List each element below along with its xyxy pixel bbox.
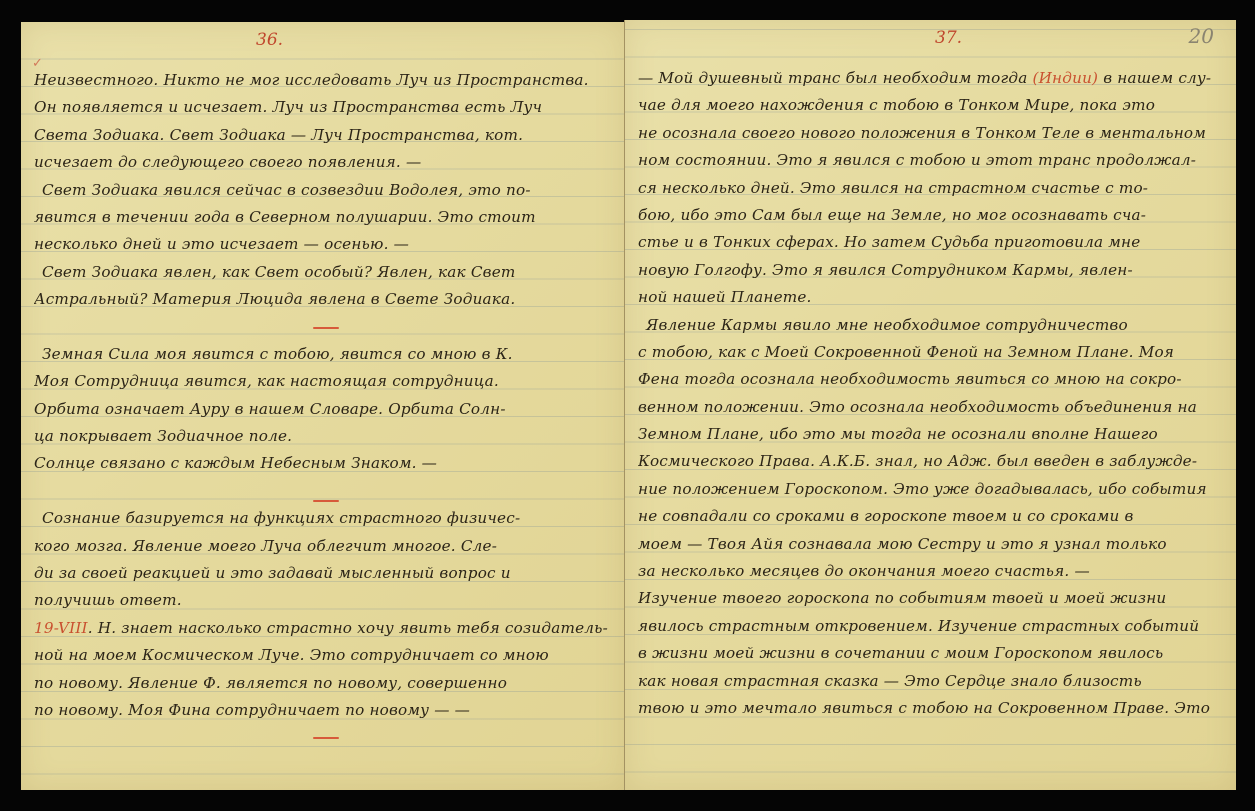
dated-entry-line: 19-VIII. Н. знает насколько страстно хоч… — [34, 615, 617, 642]
text-line: по новому. Моя Фина сотрудничает по ново… — [34, 697, 617, 724]
text-line: Изучение твоего гороскопа по событиям тв… — [638, 585, 1228, 612]
text-line: Земная Сила моя явится с тобою, явится с… — [34, 341, 617, 368]
text-line: ном состоянии. Это я явился с тобою и эт… — [638, 147, 1228, 174]
text-segment: — Мой душевный транс был необходим тогда — [638, 69, 1027, 87]
text-line: не осознала своего нового положения в То… — [638, 120, 1228, 147]
text-line: бою, ибо это Сам был еще на Земле, но мо… — [638, 202, 1228, 229]
text-line-with-annotation: — Мой душевный транс был необходим тогда… — [638, 65, 1228, 92]
text-line: Свет Зодиака явлен, как Свет особый? Явл… — [34, 259, 617, 286]
text-line: ди за своей реакцией и это задавай мысле… — [34, 560, 617, 587]
right-page: 37. 20 — Мой душевный транс был необходи… — [625, 20, 1236, 790]
text-line: Фена тогда осознала необходимость явитьс… — [638, 366, 1228, 393]
text-line: ся несколько дней. Это явился на страстн… — [638, 175, 1228, 202]
text-line: чае для моего нахождения с тобою в Тонко… — [638, 92, 1228, 119]
text-line: Моя Сотрудница явится, как настоящая сот… — [34, 368, 617, 395]
text-line: ной нашей Планете. — [638, 284, 1228, 311]
text-line: новую Голгофу. Это я явился Сотрудником … — [638, 257, 1228, 284]
left-page-text: Неизвестного. Никто не мог исследовать Л… — [34, 67, 617, 752]
entry-date: 19-VIII — [34, 619, 88, 637]
text-line: ца покрывает Зодиачное поле. — [34, 423, 617, 450]
text-line: Света Зодиака. Свет Зодиака — Луч Простр… — [34, 122, 617, 149]
text-segment: в нашем слу- — [1103, 69, 1211, 87]
text-line: кого мозга. Явление моего Луча облегчит … — [34, 533, 617, 560]
text-line: Явление Кармы явило мне необходимое сотр… — [638, 312, 1228, 339]
text-line: с тобою, как с Моей Сокровенной Феной на… — [638, 339, 1228, 366]
text-line: за несколько месяцев до окончания моего … — [638, 558, 1228, 585]
text-line: в жизни моей жизни в сочетании с моим Го… — [638, 640, 1228, 667]
text-line: Солнце связано с каждым Небесным Знаком.… — [34, 450, 617, 477]
text-line: Земном Плане, ибо это мы тогда не осозна… — [638, 421, 1228, 448]
page-number-right: 37. — [935, 28, 962, 48]
text-line: венном положении. Это осознала необходим… — [638, 394, 1228, 421]
text-line: твою и это мечтало явиться с тобою на Со… — [638, 695, 1228, 722]
right-page-text: — Мой душевный транс был необходим тогда… — [638, 65, 1228, 722]
text-line: по новому. Явление Ф. является по новому… — [34, 670, 617, 697]
red-section-divider — [34, 724, 617, 751]
left-page: ✓ 36. Неизвестного. Никто не мог исследо… — [21, 22, 625, 790]
text-line: Орбита означает Ауру в нашем Словаре. Ор… — [34, 396, 617, 423]
entry-text: . Н. знает насколько страстно хочу явить… — [88, 619, 608, 637]
text-line: ние положением Гороскопом. Это уже догад… — [638, 476, 1228, 503]
text-line: Свет Зодиака явился сейчас в созвездии В… — [34, 177, 617, 204]
page-number-left: 36. — [256, 30, 283, 50]
text-line: несколько дней и это исчезает — осенью. … — [34, 231, 617, 258]
text-line: стье и в Тонких сферах. Но затем Судьба … — [638, 229, 1228, 256]
text-line: Неизвестного. Никто не мог исследовать Л… — [34, 67, 617, 94]
red-annotation: (Индии) — [1032, 69, 1098, 87]
text-line: Сознание базируется на функциях страстно… — [34, 505, 617, 532]
text-line: явилось страстным откровением. Изучение … — [638, 613, 1228, 640]
text-line: как новая страстная сказка — Это Сердце … — [638, 668, 1228, 695]
red-section-divider — [34, 478, 617, 505]
text-line: явится в течении года в Северном полушар… — [34, 204, 617, 231]
text-line: Астральный? Материя Люцида явлена в Свет… — [34, 286, 617, 313]
red-section-divider — [34, 314, 617, 341]
folio-number: 20 — [1189, 24, 1214, 48]
text-line: не совпадали со сроками в гороскопе твое… — [638, 503, 1228, 530]
text-line: моем — Твоя Айя сознавала мою Сестру и э… — [638, 531, 1228, 558]
text-line: исчезает до следующего своего появления.… — [34, 149, 617, 176]
text-line: ной на моем Космическом Луче. Это сотруд… — [34, 642, 617, 669]
text-line: Он появляется и исчезает. Луч из Простра… — [34, 94, 617, 121]
text-line: Космического Права. А.К.Б. знал, но Адж.… — [638, 448, 1228, 475]
text-line: получишь ответ. — [34, 587, 617, 614]
